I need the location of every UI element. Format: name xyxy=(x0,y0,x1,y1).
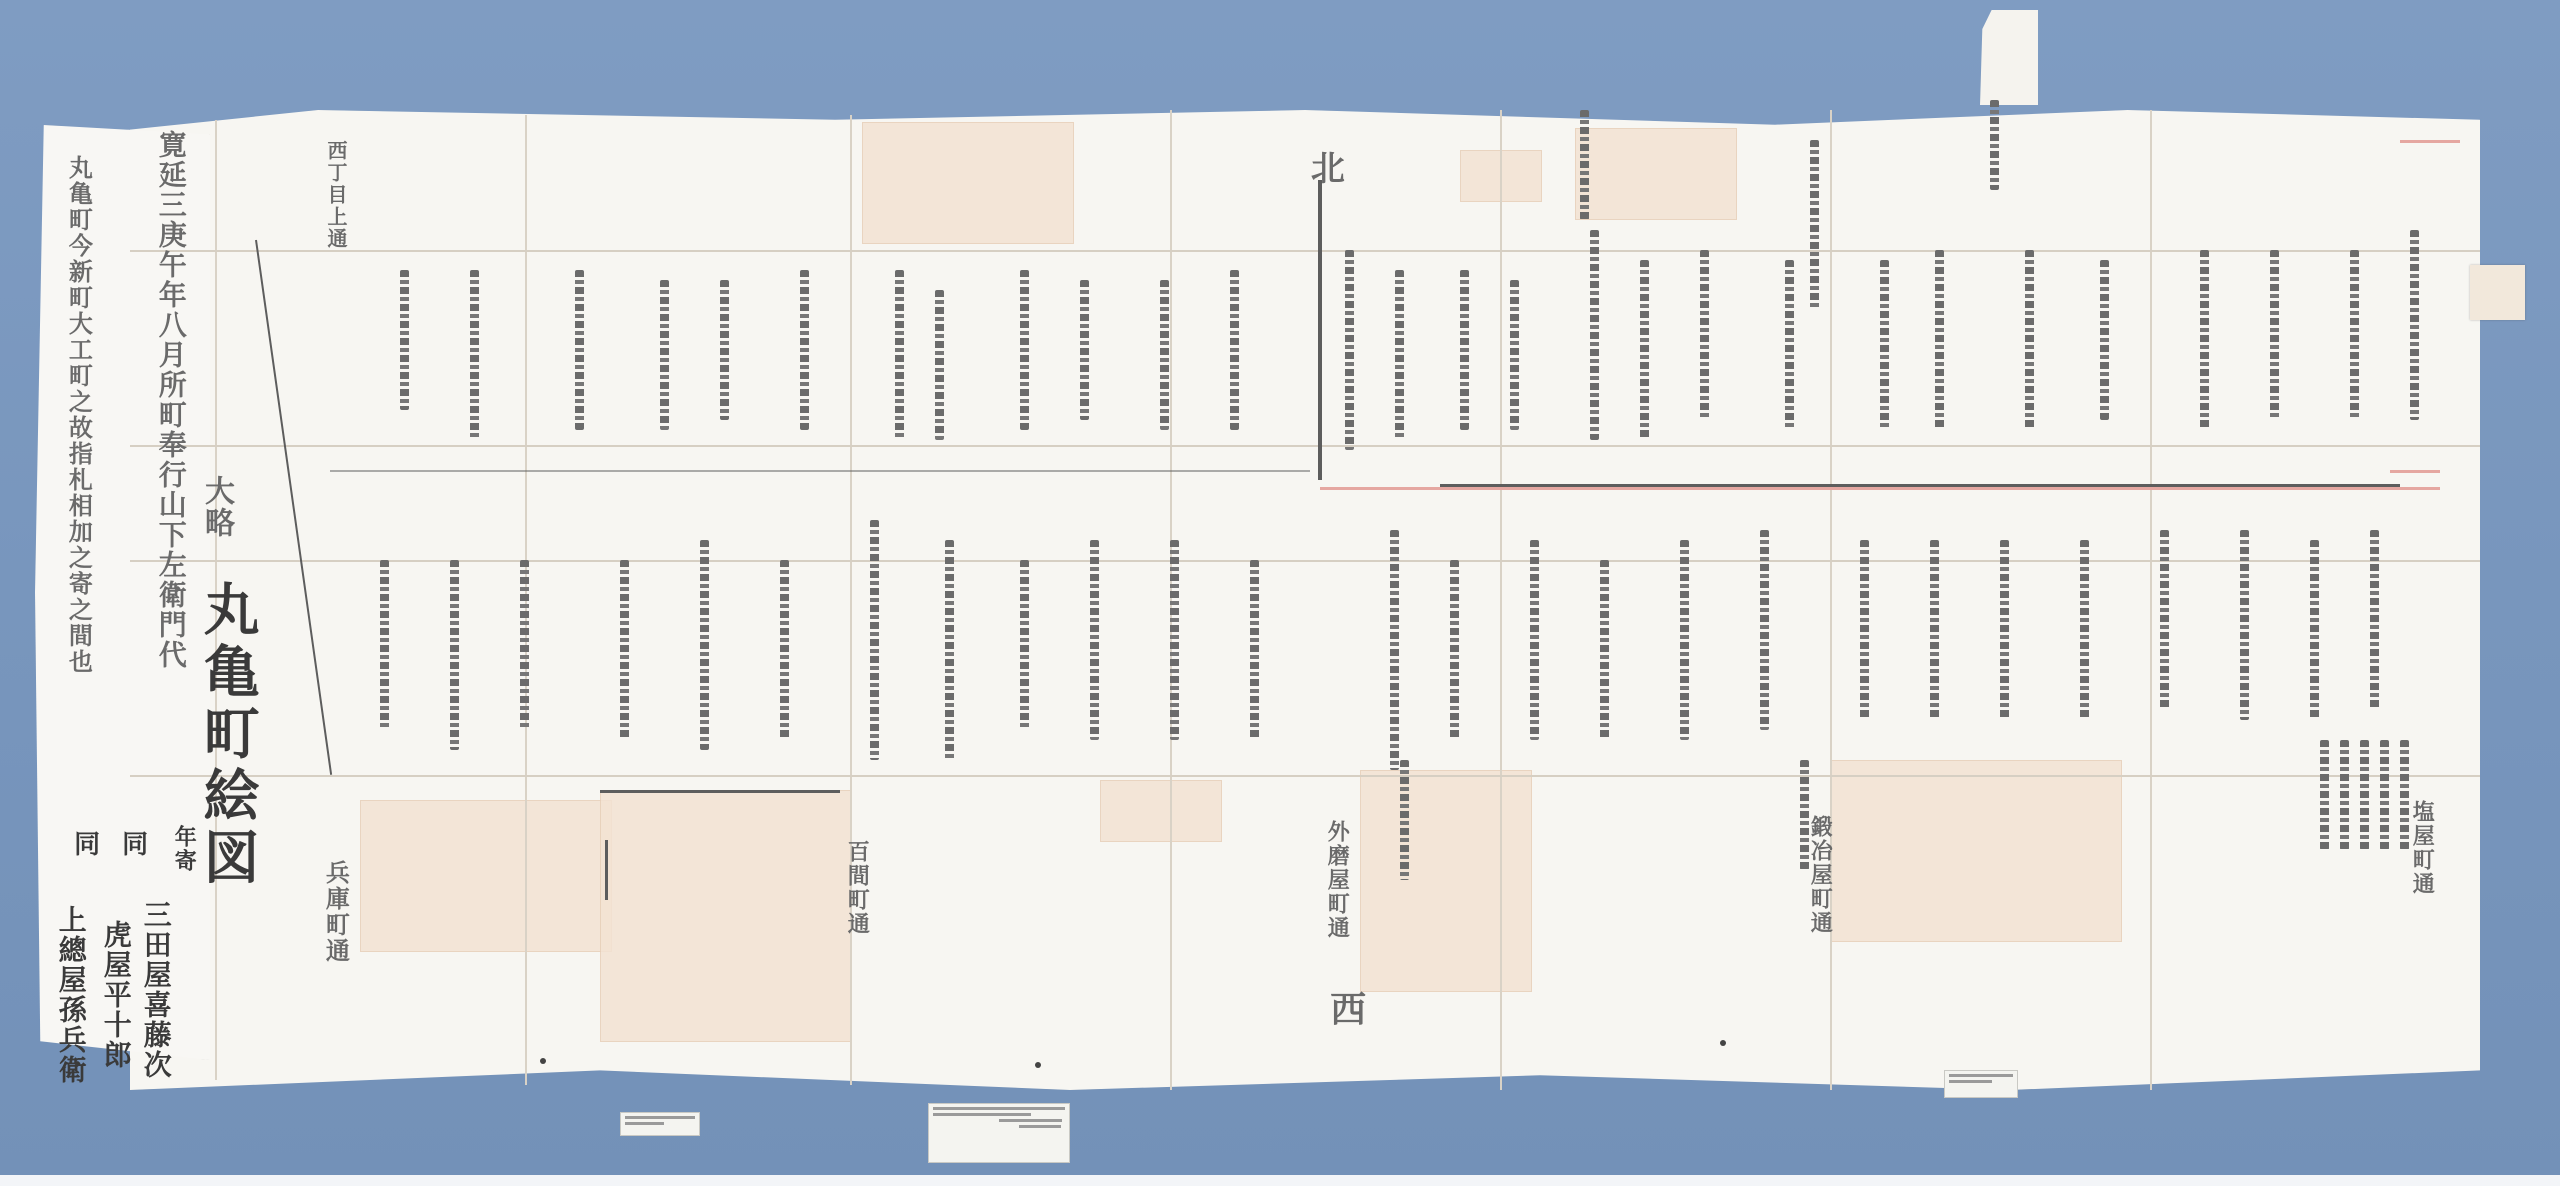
district-label-top-left: 西丁目上通 xyxy=(325,140,347,250)
ink-speck xyxy=(1035,1062,1041,1068)
road-highlight-right xyxy=(2390,470,2440,473)
bottom-edge xyxy=(0,1175,2560,1186)
paper-patch xyxy=(1575,128,1737,220)
fold-line xyxy=(130,250,2480,252)
fold-line xyxy=(1830,110,1832,1090)
road-highlight-top xyxy=(2400,140,2460,143)
signer-1: 三田屋喜藤次 xyxy=(140,900,171,1080)
label-card-catalog xyxy=(928,1103,1070,1163)
paper-patch xyxy=(600,790,852,1042)
fold-line xyxy=(130,445,2480,447)
main-road-highlight xyxy=(1320,487,2440,490)
signer-2-prefix: 同 xyxy=(118,830,147,858)
label-card-small-left xyxy=(620,1112,700,1136)
fold-line xyxy=(130,560,2480,562)
compass-west: 西 xyxy=(1325,990,1365,1028)
street-label-1: 兵庫町通 xyxy=(322,860,348,964)
block-boundary xyxy=(605,840,608,900)
heading-small: 大略 xyxy=(200,475,233,539)
signers-label: 年寄 xyxy=(172,825,196,873)
paper-patch xyxy=(1830,760,2122,942)
paper-patch xyxy=(862,122,1074,244)
paper-patch xyxy=(1360,770,1532,992)
ink-speck xyxy=(540,1058,546,1064)
road-edge xyxy=(330,470,1310,472)
street-label-4: 鍛冶屋町通 xyxy=(1808,815,1832,935)
vertical-street-line xyxy=(1318,180,1322,480)
block-boundary xyxy=(600,790,840,793)
preface-line-2: 丸亀町今新町大工町之故指札相加之寄之間也 xyxy=(65,155,91,715)
street-label-5: 塩屋町通 xyxy=(2410,800,2434,896)
north-mark: 北 xyxy=(1305,150,1342,186)
fold-line xyxy=(2150,110,2152,1090)
attached-slip-right xyxy=(2470,265,2525,320)
signer-3: 上總屋孫兵衛 xyxy=(55,905,86,1085)
attached-slip-top xyxy=(1980,10,2038,105)
street-label-2: 百間町通 xyxy=(845,840,869,936)
map-title: 丸亀町絵図 xyxy=(196,580,258,890)
ink-speck xyxy=(1720,1040,1726,1046)
paper-patch xyxy=(360,800,612,952)
fold-line xyxy=(130,775,2480,777)
signer-2: 虎屋平十郎 xyxy=(100,920,131,1070)
fold-line xyxy=(1500,110,1502,1090)
preface-line-1: 寛延三庚午年八月所町奉行山下左衛門代 xyxy=(155,130,186,690)
paper-patch xyxy=(1100,780,1222,842)
signer-3-prefix: 同 xyxy=(70,830,99,858)
fold-line xyxy=(850,115,852,1085)
street-label-3: 外磨屋町通 xyxy=(1325,820,1349,940)
label-card-small-right xyxy=(1944,1070,2018,1098)
main-road-edge xyxy=(1440,484,2400,487)
